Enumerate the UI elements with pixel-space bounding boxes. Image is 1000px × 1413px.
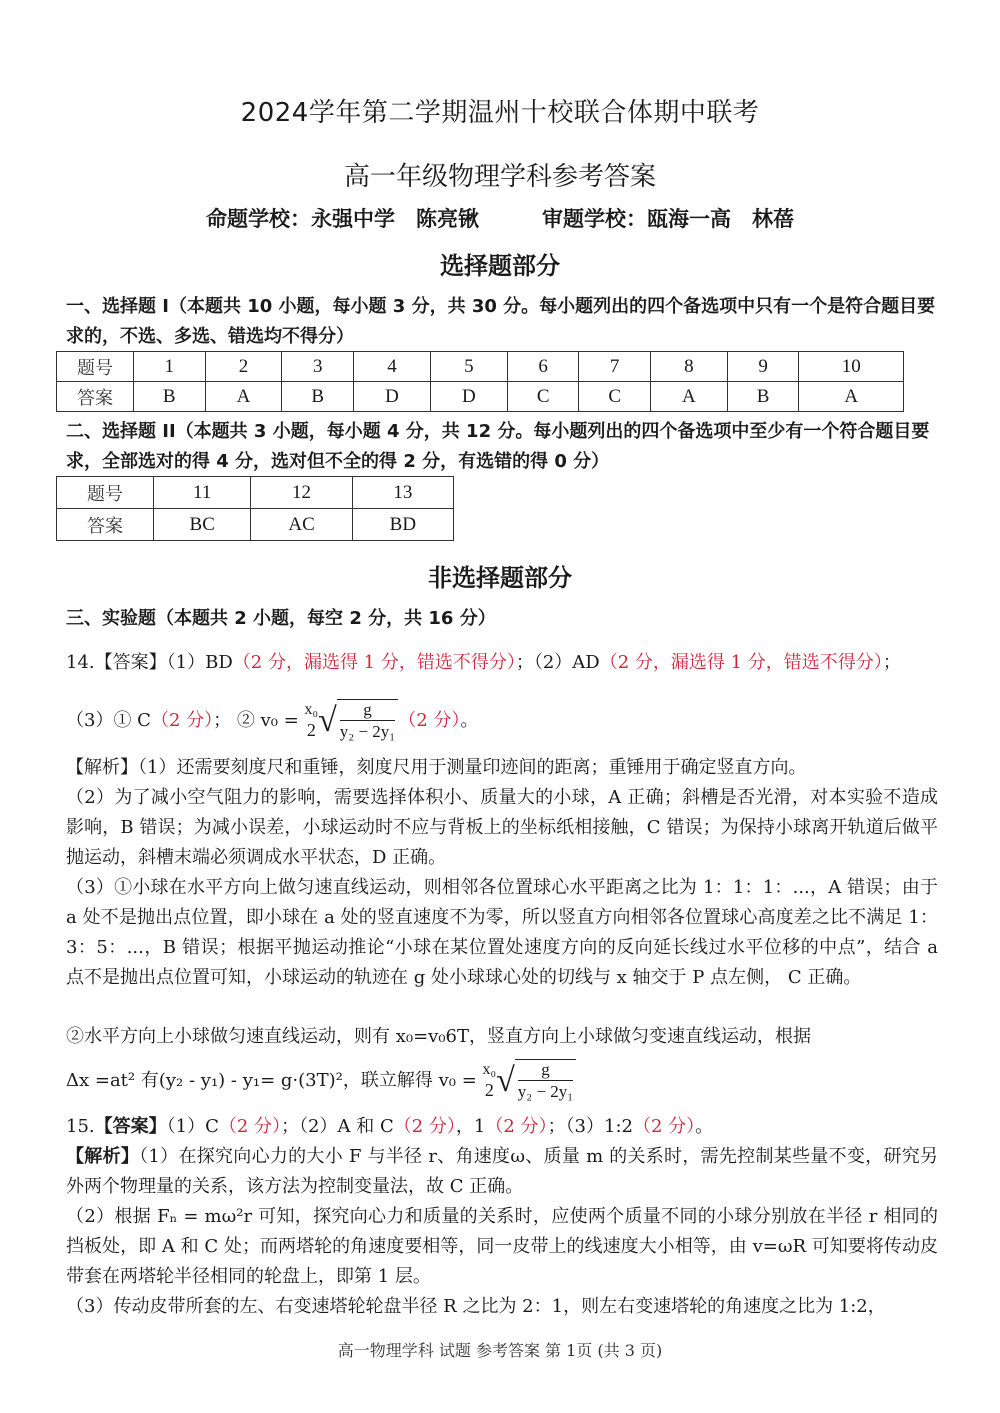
page-footer: 高一物理学科 试题 参考答案 第 1页 (共 3 页) <box>0 1338 1000 1361</box>
answer-cell: A <box>799 382 904 412</box>
question-cell: 5 <box>430 352 507 382</box>
part2-answer-table: 题号 11 12 13 答案 BC AC BD <box>56 476 454 541</box>
sqrt-numerator: g <box>518 1060 573 1081</box>
question-cell: 9 <box>727 352 799 382</box>
separator: ； <box>883 652 901 673</box>
question-cell: 13 <box>352 477 453 509</box>
q14-analysis-tag: 【解析】 <box>66 757 138 778</box>
answer-cell: B <box>134 382 206 412</box>
q14-answer-line2: （3）① C（2 分）； ② v₀ = x₀2√gy₂ − 2y₁（2 分）。 <box>66 694 938 748</box>
q15-analysis-2: （2）根据 Fₙ = mω²r 可知，探究向心力和质量的关系时，应使两个质量不同… <box>66 1202 938 1292</box>
q15-ans2-score: （2 分） <box>394 1116 456 1137</box>
q15-analysis-tag: 【解析】 <box>66 1146 139 1167</box>
q15-number: 15. <box>66 1116 95 1137</box>
square-root: √gy₂ − 2y₁ <box>318 699 398 743</box>
q15-analysis-3: （3）传动皮带所套的左、右变速塔轮轮盘半径 R 之比为 2：1，则左右变速塔轮的… <box>66 1292 938 1322</box>
q14-analysis-4: ②水平方向上小球做匀速直线运动，则有 x₀=v₀6T，竖直方向上小球做匀变速直线… <box>66 1022 938 1052</box>
question-cell: 1 <box>134 352 206 382</box>
q14-answer-line1: 14.【答案】（1）BD（2 分，漏选得 1 分，错选不得分）；（2）AD（2 … <box>66 648 938 678</box>
sqrt-denominator: y₂ − 2y₁ <box>518 1081 573 1103</box>
answer-cell: D <box>353 382 430 412</box>
separator: ； <box>516 652 534 673</box>
fraction: x₀2 <box>305 701 319 741</box>
separator: ； <box>281 1116 299 1137</box>
answer-cell: A <box>205 382 282 412</box>
q15-answer-line: 15.【答案】（1）C（2 分）；（2）A 和 C（2 分），1（2 分）；（3… <box>66 1112 938 1142</box>
fraction-denominator: 2 <box>483 1079 497 1101</box>
q14-analysis-equation: Δx =at² 有(y₂ - y₁) - y₁= g·(3T)²，联立解得 v₀… <box>66 1054 938 1108</box>
question-cell: 2 <box>205 352 282 382</box>
answer-cell: B <box>727 382 799 412</box>
section-title-choice: 选择题部分 <box>0 246 1000 281</box>
q15-ans1-score: （2 分） <box>219 1116 281 1137</box>
radical-icon: √ <box>318 699 337 743</box>
fraction: x₀2 <box>483 1061 497 1101</box>
q14-number: 14. <box>66 652 95 673</box>
q14-answer-tag: 【答案】 <box>95 652 167 673</box>
table-row-answers: 答案 BC AC BD <box>57 509 454 541</box>
separator: ； <box>213 710 231 731</box>
q15-ans1: （1）C <box>167 1116 219 1137</box>
q15-ans2b: ，1 <box>456 1116 485 1137</box>
q15-ans3-score: （2 分） <box>633 1116 695 1137</box>
answer-cell: C <box>579 382 651 412</box>
part1-heading: 一、选择题 I（本题共 10 小题，每小题 3 分，共 30 分。每小题列出的四… <box>66 292 946 352</box>
square-root: √gy₂ − 2y₁ <box>496 1059 576 1103</box>
q15-analysis-1: 【解析】（1）在探究向心力的大小 F 与半径 r、角速度ω、质量 m 的关系时，… <box>66 1142 938 1202</box>
part1-answer-table: 题号 1 2 3 4 5 6 7 8 9 10 答案 B A B D D C C… <box>56 351 904 412</box>
part3-heading: 三、实验题（本题共 2 小题，每空 2 分，共 16 分） <box>66 604 946 634</box>
answer-cell: BC <box>154 509 251 541</box>
question-cell: 3 <box>282 352 354 382</box>
q15-ans3: （3）1:2 <box>566 1116 633 1137</box>
q14-ans2-score: （2 分，漏选得 1 分，错选不得分） <box>600 652 883 673</box>
q15-answer-tag: 【答案】 <box>95 1116 167 1137</box>
q14-ans3-score: （2 分） <box>151 710 213 731</box>
answer-cell: B <box>282 382 354 412</box>
answer-cell: A <box>650 382 727 412</box>
document-title: 2024学年第二学期温州十校联合体期中联考 <box>0 92 1000 129</box>
fraction-numerator: x₀ <box>305 701 319 719</box>
q14-analysis-3: （3）①小球在水平方向上做匀速直线运动，则相邻各位置球心水平距离之比为 1：1：… <box>66 873 938 993</box>
question-cell: 8 <box>650 352 727 382</box>
table-row-answers: 答案 B A B D D C C A B A <box>57 382 904 412</box>
q14-ans2: （2）AD <box>534 652 600 673</box>
question-cell: 12 <box>251 477 352 509</box>
answer-cell: AC <box>251 509 352 541</box>
question-cell: 10 <box>799 352 904 382</box>
row-label-answer: 答案 <box>57 382 134 412</box>
question-cell: 11 <box>154 477 251 509</box>
document-subtitle: 高一年级物理学科参考答案 <box>0 156 1000 193</box>
table-row-questions: 题号 11 12 13 <box>57 477 454 509</box>
q15-ans2: （2）A 和 C <box>299 1116 394 1137</box>
question-cell: 7 <box>579 352 651 382</box>
period: 。 <box>695 1116 713 1137</box>
section-title-nonchoice: 非选择题部分 <box>0 558 1000 593</box>
analysis-text: （1）在探究向心力的大小 F 与半径 r、角速度ω、质量 m 的关系时，需先控制… <box>66 1146 938 1197</box>
q14-analysis-1: 【解析】（1）还需要刻度尺和重锤，刻度尺用于测量印迹间的距离；重锤用于确定竖直方… <box>66 753 938 783</box>
q14-ans4-prefix: ② v₀ = <box>237 710 299 731</box>
question-cell: 6 <box>507 352 579 382</box>
sqrt-numerator: g <box>340 700 395 721</box>
answer-cell: BD <box>352 509 453 541</box>
row-label-question: 题号 <box>57 352 134 382</box>
q14-ans3: （3）① C <box>66 710 151 731</box>
q14-ans1-score: （2 分，漏选得 1 分，错选不得分） <box>233 652 516 673</box>
part2-heading: 二、选择题 II（本题共 3 小题，每小题 4 分，共 12 分。每小题列出的四… <box>66 417 946 477</box>
fraction-numerator: x₀ <box>483 1061 497 1079</box>
equation-text: Δx =at² 有(y₂ - y₁) - y₁= g·(3T)²，联立解得 v₀… <box>66 1070 477 1091</box>
row-label-answer: 答案 <box>57 509 154 541</box>
separator: ； <box>548 1116 566 1137</box>
row-label-question: 题号 <box>57 477 154 509</box>
sqrt-denominator: y₂ − 2y₁ <box>340 721 395 743</box>
q14-ans4-score: （2 分） <box>398 710 460 731</box>
question-cell: 4 <box>353 352 430 382</box>
period: 。 <box>460 710 478 731</box>
answer-cell: C <box>507 382 579 412</box>
analysis-text: （1）还需要刻度尺和重锤，刻度尺用于测量印迹间的距离；重锤用于确定竖直方向。 <box>138 757 806 778</box>
authors-line: 命题学校：永强中学 陈亮锹 审题学校：瓯海一高 林蓓 <box>0 203 1000 233</box>
q15-ans2b-score: （2 分） <box>485 1116 547 1137</box>
answer-cell: D <box>430 382 507 412</box>
table-row-questions: 题号 1 2 3 4 5 6 7 8 9 10 <box>57 352 904 382</box>
q14-analysis-2: （2）为了减小空气阻力的影响，需要选择体积小、质量大的小球，A 正确；斜槽是否光… <box>66 783 938 873</box>
q14-ans1: （1）BD <box>167 652 233 673</box>
fraction-denominator: 2 <box>305 719 319 741</box>
radical-icon: √ <box>496 1059 515 1103</box>
